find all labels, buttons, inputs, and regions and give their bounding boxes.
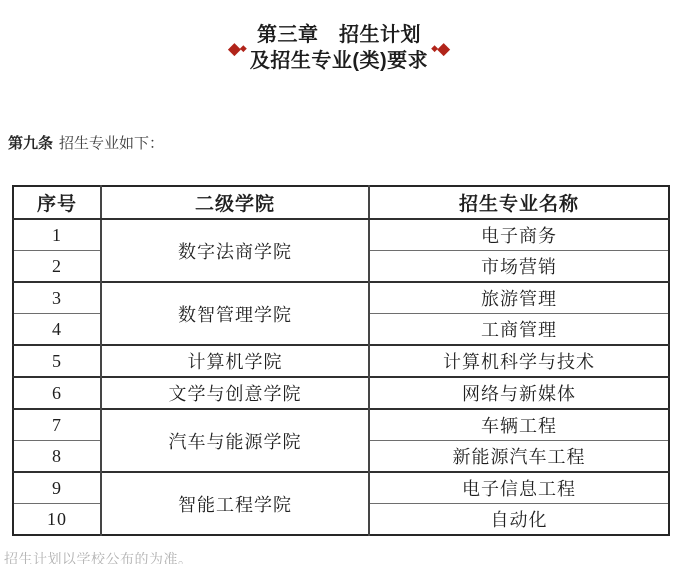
row-number-cell: 9 [13, 472, 101, 504]
clause-label: 第九条 [8, 135, 53, 152]
major-cell: 计算机科学与技术 [369, 345, 669, 377]
column-header: 二级学院 [101, 186, 369, 219]
footnote: 招生计划以学校公布的为准。 [4, 549, 193, 564]
diamond-icon: ◆ [240, 44, 247, 53]
title-decoration-right: ◆ ◆ [431, 40, 450, 57]
college-cell: 计算机学院 [101, 345, 369, 377]
row-number-cell: 10 [13, 504, 101, 536]
row-number-cell: 1 [13, 219, 101, 251]
row-number-cell: 7 [13, 409, 101, 441]
title-decoration-left: ◆ ◆ [228, 40, 247, 57]
row-number-cell: 5 [13, 345, 101, 377]
major-cell: 市场营销 [369, 251, 669, 283]
row-number-cell: 4 [13, 314, 101, 346]
document-page: ◆ ◆ 第三章 招生计划 及招生专业(类)要求 ◆ ◆ 第九条招生专业如下： 序… [0, 0, 678, 564]
major-cell: 旅游管理 [369, 282, 669, 314]
clause-line: 第九条招生专业如下： [8, 132, 164, 153]
column-header: 招生专业名称 [369, 186, 669, 219]
row-number-cell: 2 [13, 251, 101, 283]
table-row: 7汽车与能源学院车辆工程 [13, 409, 669, 441]
row-number-cell: 6 [13, 377, 101, 409]
column-header: 序号 [13, 186, 101, 219]
major-cell: 车辆工程 [369, 409, 669, 441]
page-title-line-2: 及招生专业(类)要求 [250, 48, 428, 74]
college-cell: 智能工程学院 [101, 472, 369, 535]
chapter-title: ◆ ◆ 第三章 招生计划 及招生专业(类)要求 ◆ ◆ [0, 22, 678, 74]
row-number-cell: 3 [13, 282, 101, 314]
diamond-icon: ◆ [437, 40, 450, 57]
major-cell: 电子信息工程 [369, 472, 669, 504]
college-cell: 数字法商学院 [101, 219, 369, 282]
table-row: 6文学与创意学院网络与新媒体 [13, 377, 669, 409]
college-cell: 数智管理学院 [101, 282, 369, 345]
table-header-row: 序号二级学院招生专业名称 [13, 186, 669, 219]
major-cell: 新能源汽车工程 [369, 441, 669, 473]
table-row: 9智能工程学院电子信息工程 [13, 472, 669, 504]
table-row: 1数字法商学院电子商务 [13, 219, 669, 251]
college-cell: 汽车与能源学院 [101, 409, 369, 472]
clause-text: 招生专业如下： [59, 135, 164, 152]
table-row: 3数智管理学院旅游管理 [13, 282, 669, 314]
majors-table: 序号二级学院招生专业名称 1数字法商学院电子商务2市场营销3数智管理学院旅游管理… [12, 185, 670, 536]
page-title: 第三章 招生计划 及招生专业(类)要求 [250, 22, 428, 74]
major-cell: 网络与新媒体 [369, 377, 669, 409]
major-cell: 电子商务 [369, 219, 669, 251]
page-title-line-1: 第三章 招生计划 [250, 22, 428, 48]
major-cell: 工商管理 [369, 314, 669, 346]
table-row: 5计算机学院计算机科学与技术 [13, 345, 669, 377]
major-cell: 自动化 [369, 504, 669, 536]
row-number-cell: 8 [13, 441, 101, 473]
college-cell: 文学与创意学院 [101, 377, 369, 409]
